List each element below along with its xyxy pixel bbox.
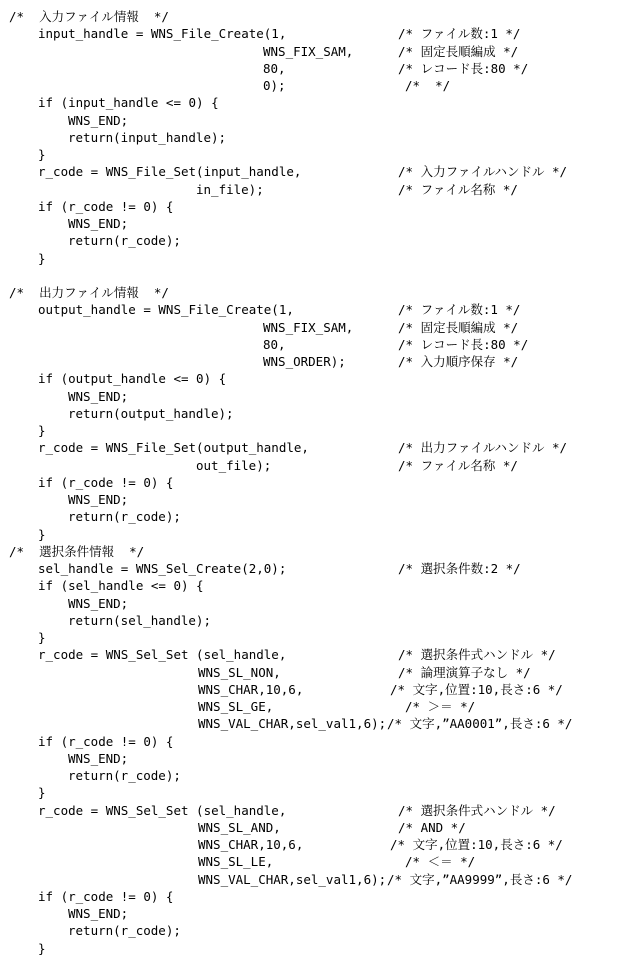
code-line: if (r_code != 0) { xyxy=(0,199,638,216)
code-text: WNS_END; xyxy=(68,389,128,404)
comment-text: /* 文字,”AA0001”,長さ:6 */ xyxy=(387,716,572,731)
code-line: WNS_FIX_SAM,/* 固定長順編成 */ xyxy=(0,320,638,337)
code-text: output_handle = WNS_File_Create(1, xyxy=(38,302,294,317)
code-line: WNS_END; xyxy=(0,216,638,233)
code-text: if (sel_handle <= 0) { xyxy=(38,578,204,593)
code-listing: /* 入力ファイル情報 */input_handle = WNS_File_Cr… xyxy=(0,0,638,965)
code-text: input_handle = WNS_File_Create(1, xyxy=(38,26,286,41)
code-text: WNS_ORDER); xyxy=(263,354,346,369)
code-text: } xyxy=(38,147,46,162)
code-line: return(sel_handle); xyxy=(0,613,638,630)
code-text: return(r_code); xyxy=(68,923,181,938)
code-line: WNS_VAL_CHAR,sel_val1,6);/* 文字,”AA0001”,… xyxy=(0,716,638,733)
code-line: } xyxy=(0,941,638,958)
comment-text: /* 入力ファイル情報 */ xyxy=(9,9,169,24)
code-text: return(input_handle); xyxy=(68,130,226,145)
code-line: /* 出力ファイル情報 */ xyxy=(0,285,638,302)
code-text: WNS_SL_NON, xyxy=(198,665,281,680)
code-text: WNS_END; xyxy=(68,216,128,231)
code-line: WNS_FIX_SAM,/* 固定長順編成 */ xyxy=(0,44,638,61)
code-text: WNS_END; xyxy=(68,113,128,128)
code-text: } xyxy=(38,423,46,438)
code-line: output_handle = WNS_File_Create(1,/* ファイ… xyxy=(0,302,638,319)
code-line: WNS_END; xyxy=(0,906,638,923)
code-line: if (r_code != 0) { xyxy=(0,734,638,751)
comment-text: /* 文字,”AA9999”,長さ:6 */ xyxy=(387,872,572,887)
code-line: WNS_SL_GE,/* ＞＝ */ xyxy=(0,699,638,716)
comment-text: /* 出力ファイルハンドル */ xyxy=(398,440,567,455)
comment-text: /* 入力ファイルハンドル */ xyxy=(398,164,567,179)
code-line: WNS_ORDER);/* 入力順序保存 */ xyxy=(0,354,638,371)
comment-text: /* 入力順序保存 */ xyxy=(398,354,518,369)
code-text: } xyxy=(38,527,46,542)
comment-text: /* 固定長順編成 */ xyxy=(398,320,518,335)
comment-text: /* ファイル数:1 */ xyxy=(398,26,520,41)
comment-text: /* レコード長:80 */ xyxy=(398,61,528,76)
code-text: WNS_END; xyxy=(68,596,128,611)
comment-text: /* ＞＝ */ xyxy=(405,699,475,714)
code-line: if (r_code != 0) { xyxy=(0,889,638,906)
code-text: } xyxy=(38,785,46,800)
code-line: WNS_SL_NON,/* 論理演算子なし */ xyxy=(0,665,638,682)
code-text: WNS_END; xyxy=(68,906,128,921)
code-line: 80,/* レコード長:80 */ xyxy=(0,61,638,78)
comment-text: /* 文字,位置:10,長さ:6 */ xyxy=(390,837,563,852)
code-text: 80, xyxy=(263,337,286,352)
code-line: if (input_handle <= 0) { xyxy=(0,95,638,112)
code-line: WNS_END; xyxy=(0,751,638,768)
code-line: WNS_CHAR,10,6,/* 文字,位置:10,長さ:6 */ xyxy=(0,682,638,699)
code-text: 0); xyxy=(263,78,286,93)
code-text: sel_handle = WNS_Sel_Create(2,0); xyxy=(38,561,286,576)
code-text: WNS_SL_GE, xyxy=(198,699,273,714)
comment-text: /* 出力ファイル情報 */ xyxy=(9,285,169,300)
code-text: if (r_code != 0) { xyxy=(38,475,173,490)
code-line: return(r_code); xyxy=(0,923,638,940)
code-line: WNS_END; xyxy=(0,492,638,509)
code-text: WNS_FIX_SAM, xyxy=(263,320,353,335)
code-line: r_code = WNS_File_Set(input_handle,/* 入力… xyxy=(0,164,638,181)
comment-text: /* ファイル名称 */ xyxy=(398,182,518,197)
code-text: r_code = WNS_Sel_Set (sel_handle, xyxy=(38,647,286,662)
code-text: WNS_SL_AND, xyxy=(198,820,281,835)
code-line: } xyxy=(0,527,638,544)
code-text: out_file); xyxy=(196,458,271,473)
code-text: if (output_handle <= 0) { xyxy=(38,371,226,386)
code-text: 80, xyxy=(263,61,286,76)
code-text: WNS_SL_LE, xyxy=(198,854,273,869)
code-line: r_code = WNS_Sel_Set (sel_handle,/* 選択条件… xyxy=(0,647,638,664)
code-text: if (input_handle <= 0) { xyxy=(38,95,219,110)
code-text: WNS_END; xyxy=(68,751,128,766)
code-text: in_file); xyxy=(196,182,264,197)
code-line: WNS_END; xyxy=(0,113,638,130)
code-line: input_handle = WNS_File_Create(1,/* ファイル… xyxy=(0,26,638,43)
comment-text: /* 固定長順編成 */ xyxy=(398,44,518,59)
code-text: return(r_code); xyxy=(68,768,181,783)
code-line: r_code = WNS_File_Set(output_handle,/* 出… xyxy=(0,440,638,457)
code-line: return(r_code); xyxy=(0,233,638,250)
code-text: return(sel_handle); xyxy=(68,613,211,628)
code-line: r_code = WNS_Sel_Set (sel_handle,/* 選択条件… xyxy=(0,803,638,820)
code-text: WNS_VAL_CHAR,sel_val1,6); xyxy=(198,716,386,731)
comment-text: /* 選択条件式ハンドル */ xyxy=(398,647,556,662)
code-line: } xyxy=(0,630,638,647)
code-text: } xyxy=(38,630,46,645)
code-line: return(output_handle); xyxy=(0,406,638,423)
code-line: WNS_SL_LE,/* ＜＝ */ xyxy=(0,854,638,871)
code-line: WNS_END; xyxy=(0,389,638,406)
code-line: WNS_SL_AND,/* AND */ xyxy=(0,820,638,837)
code-text: r_code = WNS_File_Set(output_handle, xyxy=(38,440,309,455)
code-line: return(r_code); xyxy=(0,509,638,526)
code-line: if (sel_handle <= 0) { xyxy=(0,578,638,595)
code-line: } xyxy=(0,785,638,802)
code-line: /* 選択条件情報 */ xyxy=(0,544,638,561)
comment-text: /* 選択条件情報 */ xyxy=(9,544,144,559)
code-text: if (r_code != 0) { xyxy=(38,889,173,904)
code-text: WNS_END; xyxy=(68,492,128,507)
code-text: WNS_FIX_SAM, xyxy=(263,44,353,59)
comment-text: /* ファイル名称 */ xyxy=(398,458,518,473)
code-text: return(r_code); xyxy=(68,509,181,524)
comment-text: /* AND */ xyxy=(398,820,466,835)
code-text: if (r_code != 0) { xyxy=(38,199,173,214)
code-line: if (r_code != 0) { xyxy=(0,475,638,492)
comment-text: /* レコード長:80 */ xyxy=(398,337,528,352)
code-text: WNS_CHAR,10,6, xyxy=(198,682,303,697)
code-text: if (r_code != 0) { xyxy=(38,734,173,749)
code-line: WNS_END; xyxy=(0,596,638,613)
code-text: return(r_code); xyxy=(68,233,181,248)
code-text: WNS_CHAR,10,6, xyxy=(198,837,303,852)
code-line: out_file);/* ファイル名称 */ xyxy=(0,458,638,475)
code-line: sel_handle = WNS_Sel_Create(2,0);/* 選択条件… xyxy=(0,561,638,578)
comment-text: /* 選択条件式ハンドル */ xyxy=(398,803,556,818)
code-line: } xyxy=(0,251,638,268)
code-line: return(r_code); xyxy=(0,768,638,785)
code-line: return(input_handle); xyxy=(0,130,638,147)
code-text: r_code = WNS_Sel_Set (sel_handle, xyxy=(38,803,286,818)
comment-text: /* 選択条件数:2 */ xyxy=(398,561,521,576)
comment-text: /* */ xyxy=(405,78,450,93)
code-line: } xyxy=(0,423,638,440)
comment-text: /* 論理演算子なし */ xyxy=(398,665,531,680)
comment-text: /* ＜＝ */ xyxy=(405,854,475,869)
code-line: if (output_handle <= 0) { xyxy=(0,371,638,388)
comment-text: /* 文字,位置:10,長さ:6 */ xyxy=(390,682,563,697)
code-text: } xyxy=(38,941,46,956)
comment-text: /* ファイル数:1 */ xyxy=(398,302,520,317)
code-text: r_code = WNS_File_Set(input_handle, xyxy=(38,164,301,179)
code-line: 0);/* */ xyxy=(0,78,638,95)
code-line: 80,/* レコード長:80 */ xyxy=(0,337,638,354)
code-text: } xyxy=(38,251,46,266)
code-line: /* 入力ファイル情報 */ xyxy=(0,9,638,26)
code-text: WNS_VAL_CHAR,sel_val1,6); xyxy=(198,872,386,887)
code-line: WNS_CHAR,10,6,/* 文字,位置:10,長さ:6 */ xyxy=(0,837,638,854)
code-line: WNS_VAL_CHAR,sel_val1,6);/* 文字,”AA9999”,… xyxy=(0,872,638,889)
code-line: } xyxy=(0,147,638,164)
code-line: in_file);/* ファイル名称 */ xyxy=(0,182,638,199)
code-text: return(output_handle); xyxy=(68,406,234,421)
